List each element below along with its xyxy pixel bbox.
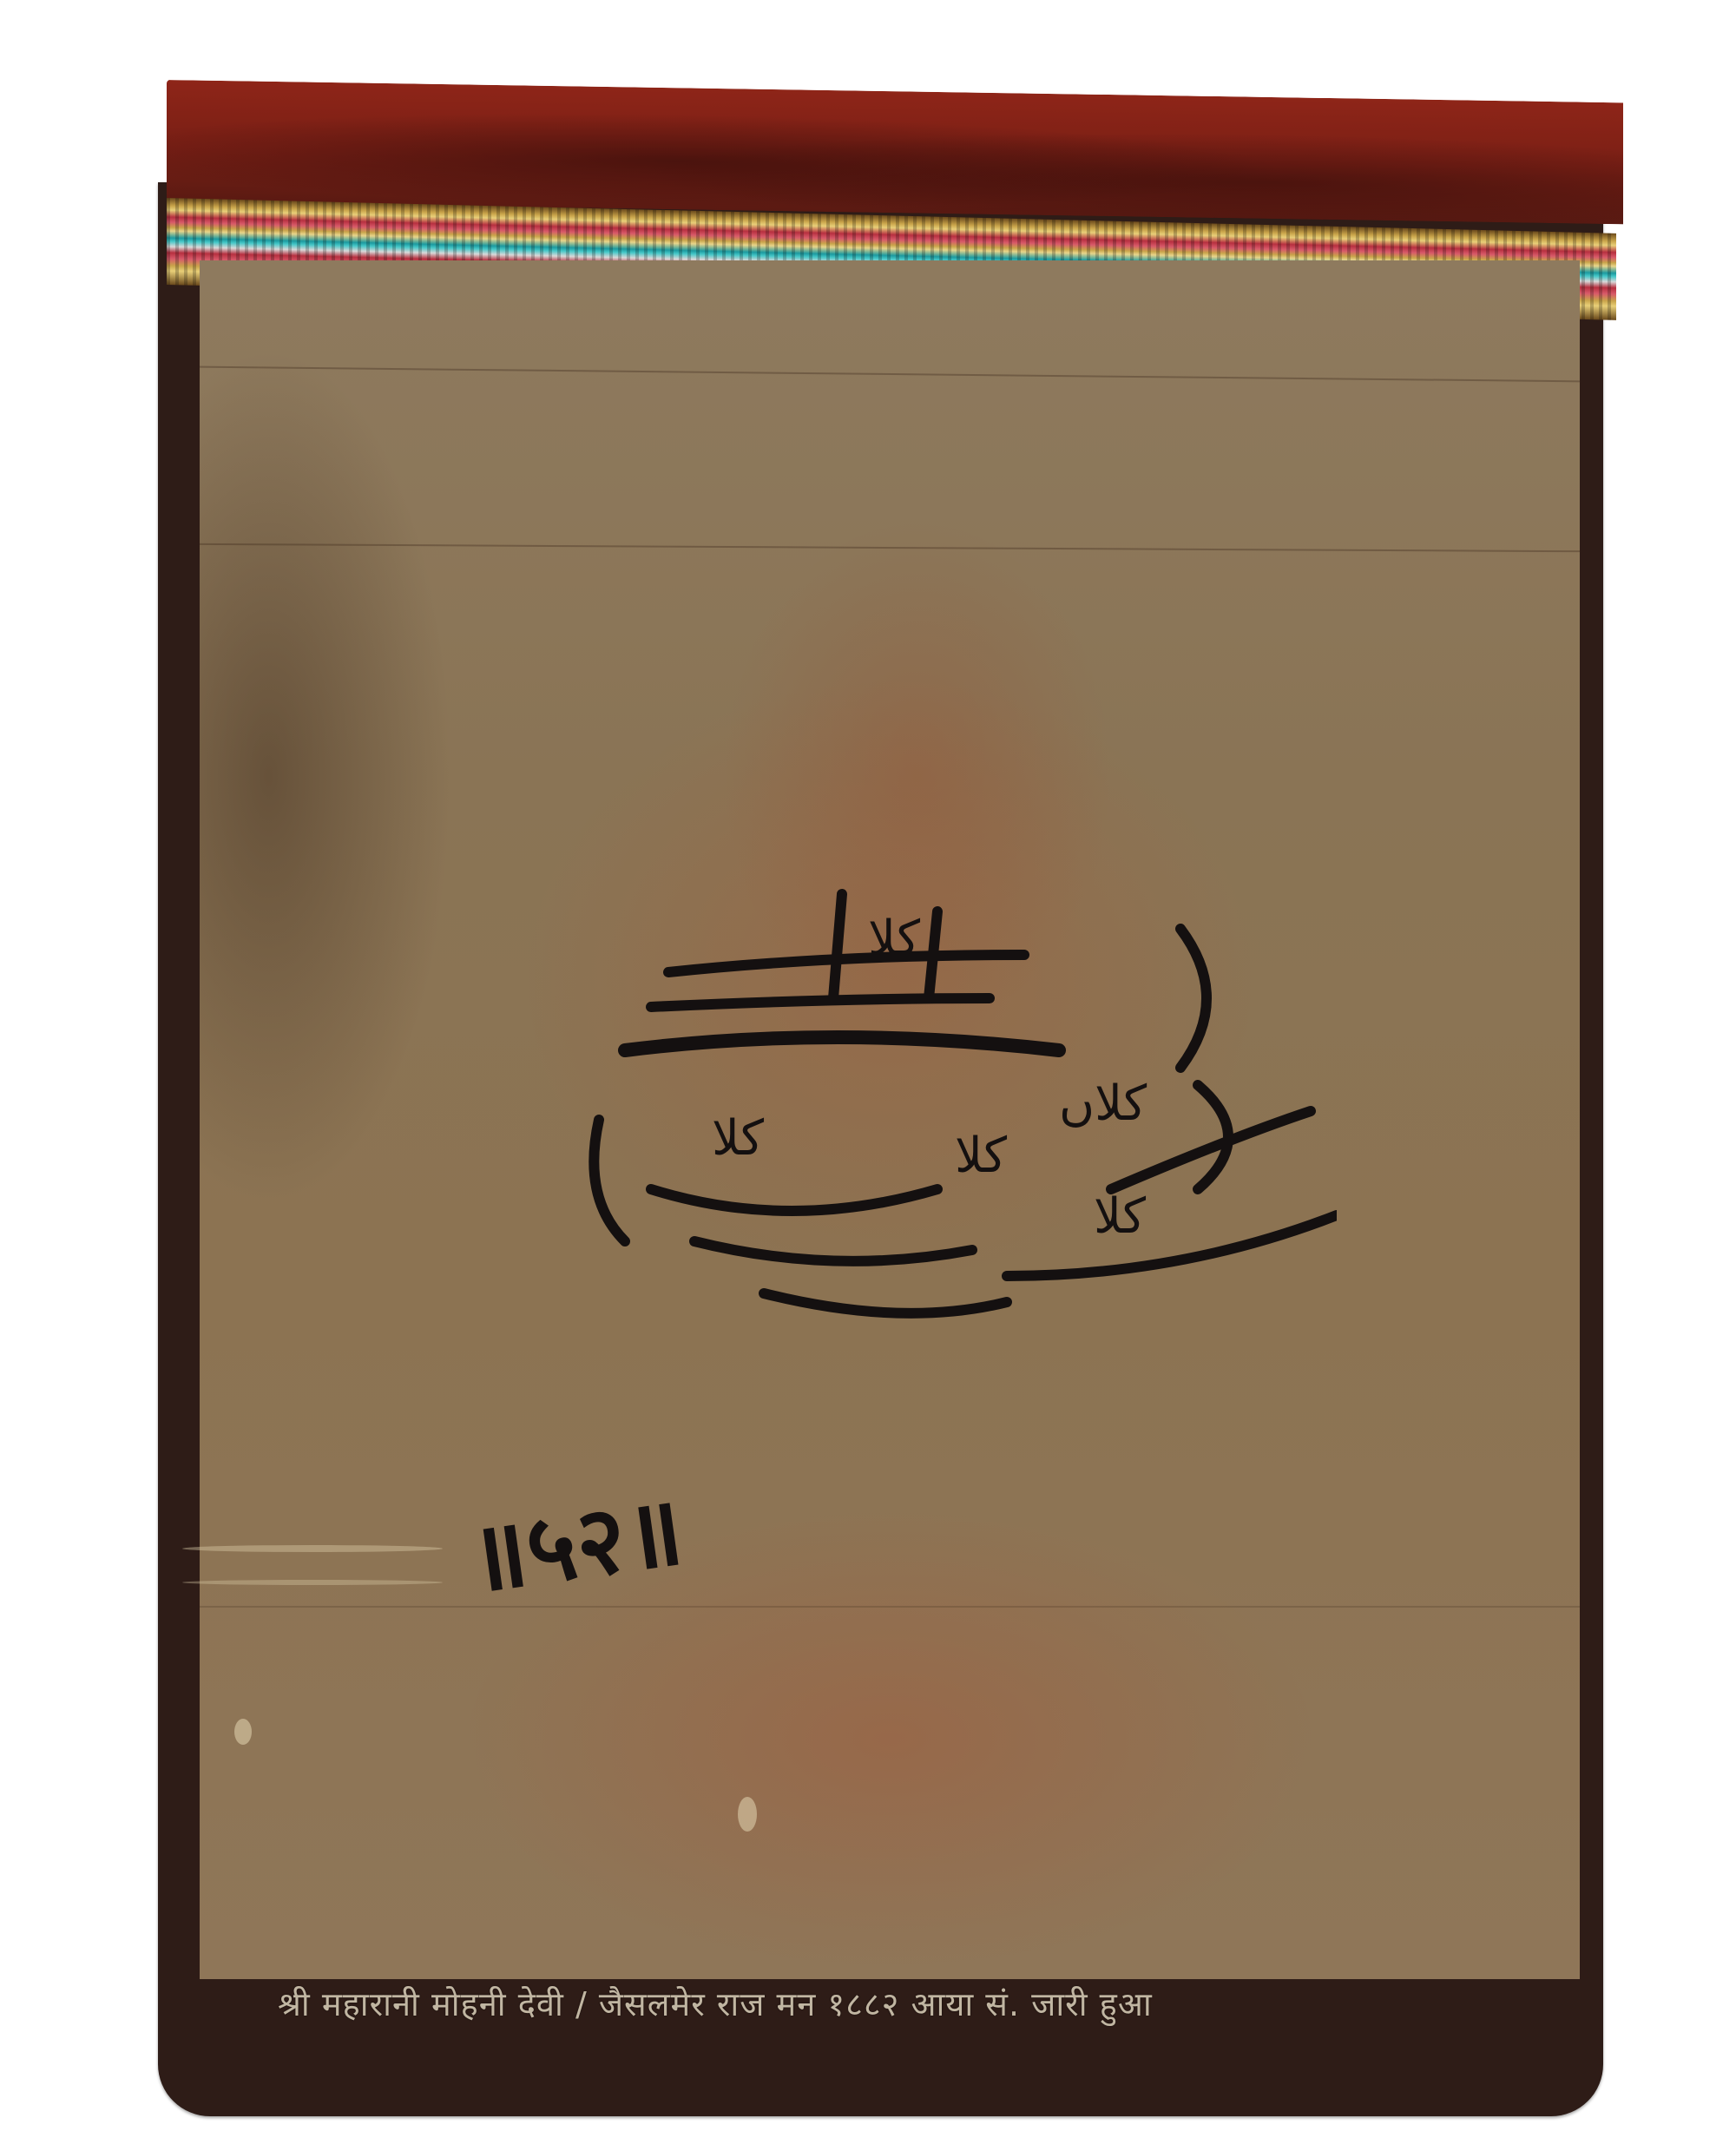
svg-text:کلا: کلا [712, 1110, 764, 1167]
svg-text:کلا: کلا [1094, 1188, 1146, 1245]
water-stain [182, 1580, 443, 1585]
calligraphic-seal: کلا کلاں کلا کلا کلا [573, 825, 1337, 1372]
paper-crease [200, 1606, 1580, 1608]
svg-text:کلا: کلا [955, 1128, 1007, 1184]
bottom-inscription: श्री महारानी मोहनी देवी / जैसलमेर राज मन… [278, 1981, 1528, 2026]
water-stain [234, 1719, 252, 1745]
paper-crease [200, 543, 1580, 552]
water-stain [738, 1797, 757, 1832]
svg-text:کلا: کلا [868, 911, 920, 967]
paper-crease [200, 366, 1580, 383]
water-stain [182, 1545, 443, 1552]
svg-text:کلاں: کلاں [1059, 1075, 1147, 1132]
